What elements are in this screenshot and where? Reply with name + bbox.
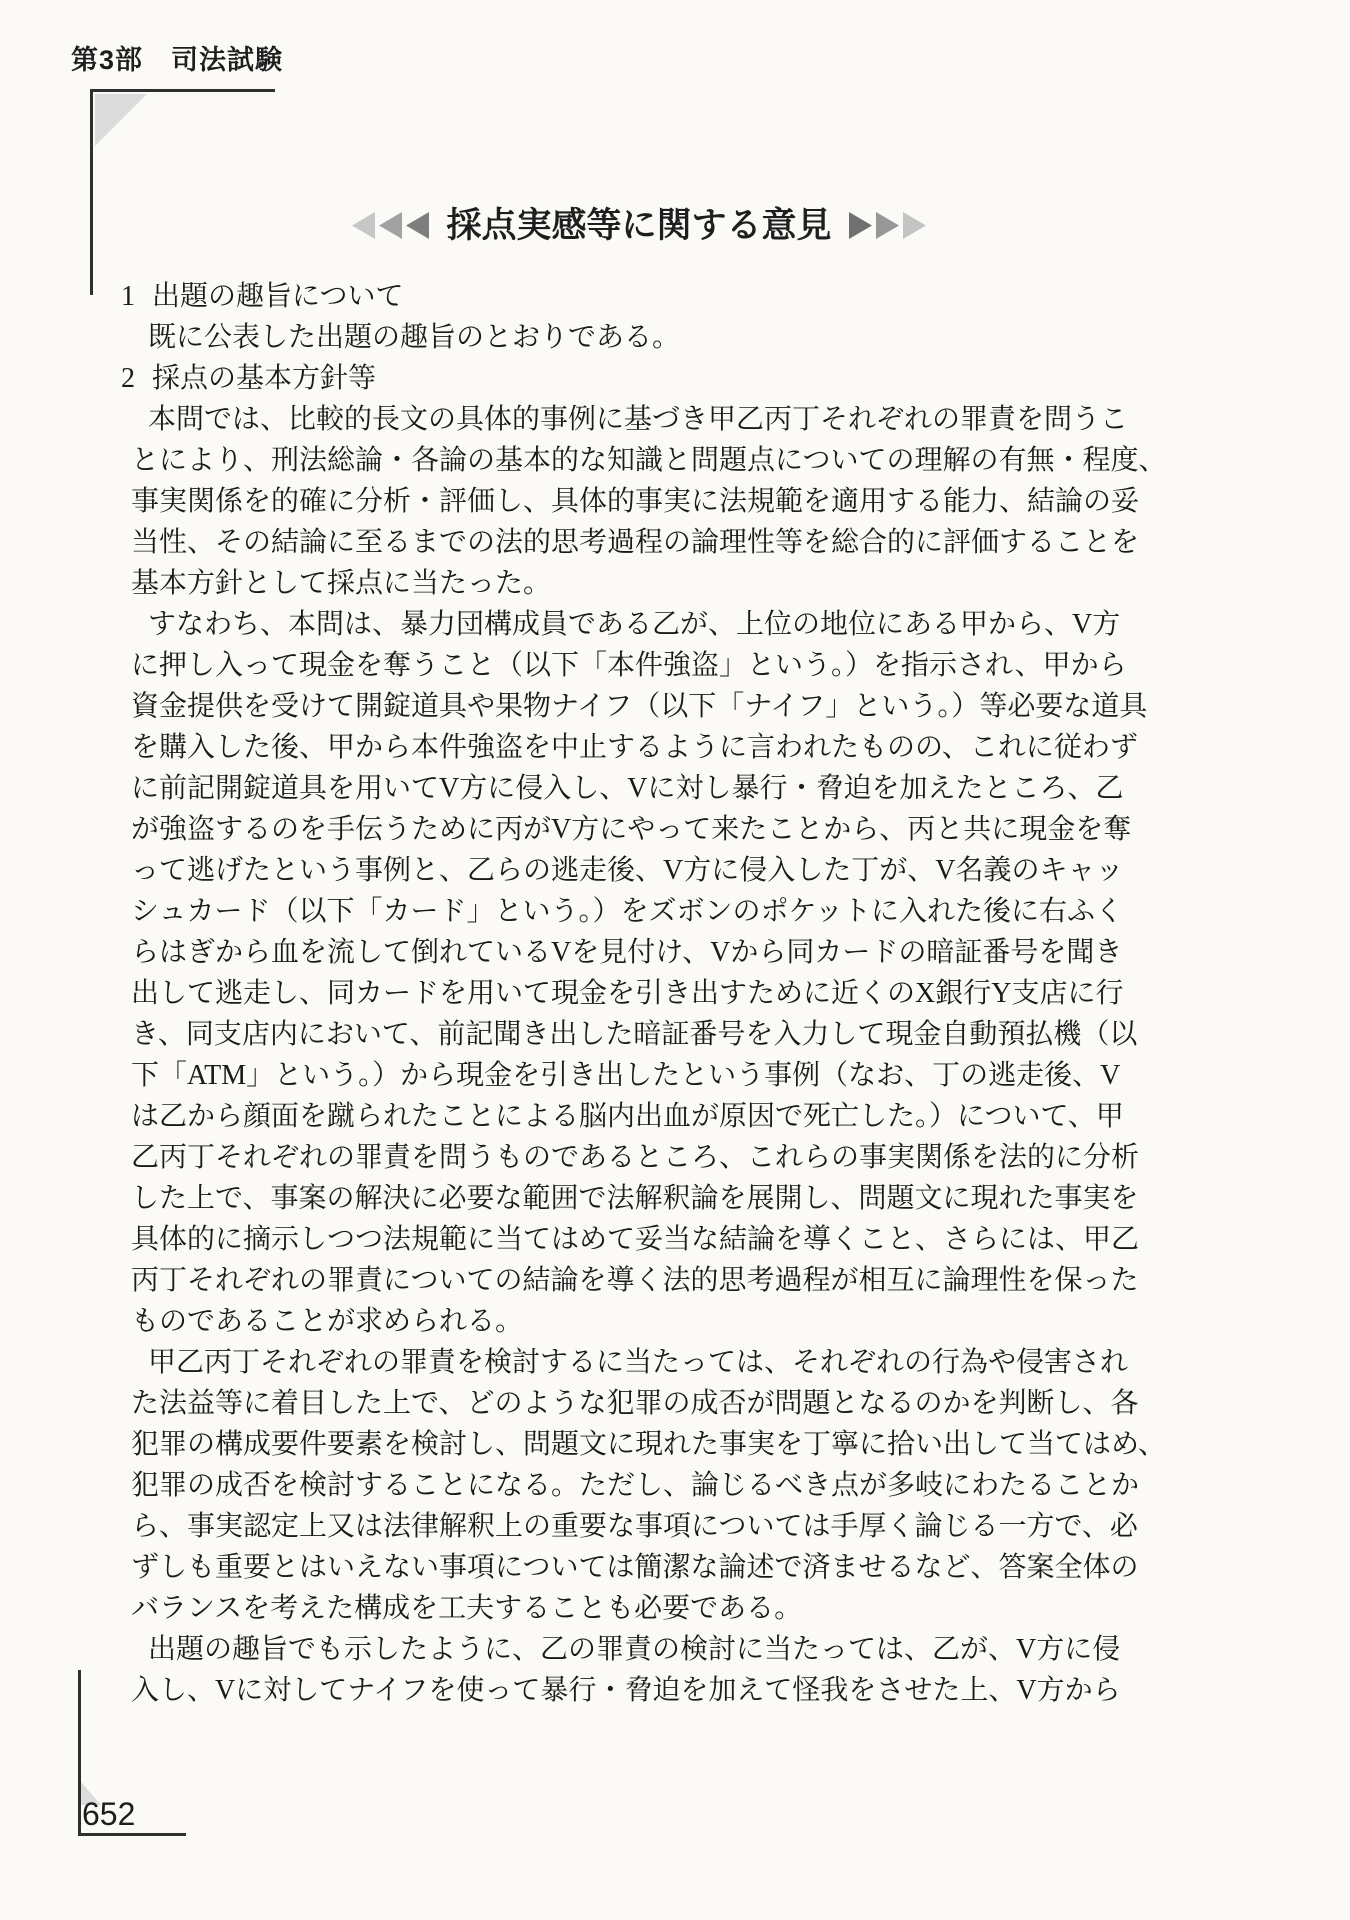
line-text: 犯罪の構成要件要素を検討し、問題文に現れた事実を丁寧に拾い出して当てはめ、 (131, 1429, 1166, 1460)
list-number: 1 (121, 276, 152, 317)
line-text: は乙から顔面を蹴られたことによる脳内出血が原因で死亡した。）について、甲 (131, 1101, 1124, 1132)
line-text: た法益等に着目した上で、どのような犯罪の成否が問題となるのかを判断し、各 (131, 1388, 1138, 1419)
text-line: 犯罪の構成要件要素を検討し、問題文に現れた事実を丁寧に拾い出して当てはめ、 (121, 1424, 1191, 1465)
text-line: き、同支店内において、前記聞き出した暗証番号を入力して現金自動預払機（以 (121, 1014, 1191, 1055)
top-corner-fold-icon (95, 94, 147, 151)
list-number: 2 (121, 358, 152, 399)
line-text: 資金提供を受けて開錠道具や果物ナイフ（以下「ナイフ」という。）等必要な道具 (131, 691, 1147, 722)
line-text: 本問では、比較的長文の具体的事例に基づき甲乙丙丁それぞれの罪責を問うこ (148, 404, 1128, 435)
text-line: 犯罪の成否を検討することになる。ただし、論じるべき点が多岐にわたることか (121, 1465, 1191, 1506)
text-line: 本問では、比較的長文の具体的事例に基づき甲乙丙丁それぞれの罪責を問うこ (121, 399, 1191, 440)
line-text: 出題の趣旨について (152, 281, 403, 312)
line-text: ものであることが求められる。 (131, 1306, 523, 1337)
text-line: 甲乙丙丁それぞれの罪責を検討するに当たっては、それぞれの行為や侵害され (121, 1342, 1191, 1383)
text-line: 事実関係を的確に分析・評価し、具体的事実に法規範を適用する能力、結論の妥 (121, 481, 1191, 522)
text-line: 1出題の趣旨について (121, 276, 1191, 317)
line-text: 採点の基本方針等 (152, 363, 376, 394)
line-text: らはぎから血を流して倒れているVを見付け、Vから同カードの暗証番号を聞き (131, 937, 1122, 968)
text-line: とにより、刑法総論・各論の基本的な知識と問題点についての理解の有無・程度、 (121, 440, 1191, 481)
text-line: した上で、事案の解決に必要な範囲で法解釈論を展開し、問題文に現れた事実を (121, 1178, 1191, 1219)
line-text: って逃げたという事例と、乙らの逃走後、V方に侵入した丁が、V名義のキャッ (131, 855, 1123, 886)
bottom-horizontal-rule (78, 1833, 186, 1836)
text-line: 資金提供を受けて開錠道具や果物ナイフ（以下「ナイフ」という。）等必要な道具 (121, 686, 1191, 727)
chapter-header: 第3部 司法試験 (71, 46, 283, 76)
text-line: 具体的に摘示しつつ法規範に当てはめて妥当な結論を導くこと、さらには、甲乙 (121, 1219, 1191, 1260)
line-text: 甲乙丙丁それぞれの罪責を検討するに当たっては、それぞれの行為や侵害され (148, 1347, 1128, 1378)
line-text: シュカード（以下「カード」という。）をズボンのポケットに入れた後に右ふく (131, 896, 1123, 927)
line-text: ら、事実認定上又は法律解釈上の重要な事項については手厚く論じる一方で、必 (131, 1511, 1138, 1542)
left-triangles-icon (352, 212, 429, 239)
line-text: 乙丙丁それぞれの罪責を問うものであるところ、これらの事実関係を法的に分析 (131, 1142, 1139, 1173)
line-text: に前記開錠道具を用いてV方に侵入し、Vに対し暴行・脅迫を加えたところ、乙 (131, 773, 1123, 804)
text-line: らはぎから血を流して倒れているVを見付け、Vから同カードの暗証番号を聞き (121, 932, 1191, 973)
text-line: 出題の趣旨でも示したように、乙の罪責の検討に当たっては、乙が、V方に侵 (121, 1629, 1191, 1670)
line-text: 入し、Vに対してナイフを使って暴行・脅迫を加えて怪我をさせた上、V方から (131, 1675, 1121, 1706)
text-line: 出して逃走し、同カードを用いて現金を引き出すために近くのX銀行Y支店に行 (121, 973, 1191, 1014)
line-text: 当性、その結論に至るまでの法的思考過程の論理性等を総合的に評価することを (131, 527, 1139, 558)
text-line: に前記開錠道具を用いてV方に侵入し、Vに対し暴行・脅迫を加えたところ、乙 (121, 768, 1191, 809)
text-line: ら、事実認定上又は法律解釈上の重要な事項については手厚く論じる一方で、必 (121, 1506, 1191, 1547)
text-line: ものであることが求められる。 (121, 1301, 1191, 1342)
text-line: た法益等に着目した上で、どのような犯罪の成否が問題となるのかを判断し、各 (121, 1383, 1191, 1424)
line-text: 基本方針として採点に当たった。 (131, 568, 551, 599)
right-triangles-icon (849, 212, 926, 239)
text-line: って逃げたという事例と、乙らの逃走後、V方に侵入した丁が、V名義のキャッ (121, 850, 1191, 891)
text-line: バランスを考えた構成を工夫することも必要である。 (121, 1588, 1191, 1629)
line-text: 事実関係を的確に分析・評価し、具体的事実に法規範を適用する能力、結論の妥 (131, 486, 1139, 517)
text-line: 丙丁それぞれの罪責についての結論を導く法的思考過程が相互に論理性を保った (121, 1260, 1191, 1301)
text-line: 2採点の基本方針等 (121, 358, 1191, 399)
line-text: 出して逃走し、同カードを用いて現金を引き出すために近くのX銀行Y支店に行 (131, 978, 1123, 1009)
line-text: 丙丁それぞれの罪責についての結論を導く法的思考過程が相互に論理性を保った (131, 1265, 1138, 1296)
text-line: 当性、その結論に至るまでの法的思考過程の論理性等を総合的に評価することを (121, 522, 1191, 563)
top-horizontal-rule (90, 89, 275, 92)
line-text: 具体的に摘示しつつ法規範に当てはめて妥当な結論を導くこと、さらには、甲乙 (131, 1224, 1139, 1255)
line-text: 出題の趣旨でも示したように、乙の罪責の検討に当たっては、乙が、V方に侵 (148, 1634, 1120, 1665)
page-title: 採点実感等に関する意見 (446, 204, 831, 248)
line-text: 既に公表した出題の趣旨のとおりである。 (148, 322, 680, 353)
line-text: とにより、刑法総論・各論の基本的な知識と問題点についての理解の有無・程度、 (131, 445, 1166, 476)
text-line: 基本方針として採点に当たった。 (121, 563, 1191, 604)
text-line: が強盗するのを手伝うために丙がV方にやって来たことから、丙と共に現金を奪 (121, 809, 1191, 850)
line-text: 下「ATM」という。）から現金を引き出したという事例（なお、丁の逃走後、V (131, 1060, 1120, 1091)
line-text: 犯罪の成否を検討することになる。ただし、論じるべき点が多岐にわたることか (131, 1470, 1139, 1501)
line-text: が強盗するのを手伝うために丙がV方にやって来たことから、丙と共に現金を奪 (131, 814, 1131, 845)
text-line: 乙丙丁それぞれの罪責を問うものであるところ、これらの事実関係を法的に分析 (121, 1137, 1191, 1178)
text-line: は乙から顔面を蹴られたことによる脳内出血が原因で死亡した。）について、甲 (121, 1096, 1191, 1137)
line-text: に押し入って現金を奪うこと（以下「本件強盗」という。）を指示され、甲から (131, 650, 1127, 681)
line-text: を購入した後、甲から本件強盗を中止するように言われたものの、これに従わず (131, 732, 1138, 763)
section-title-row: 採点実感等に関する意見 (121, 204, 1157, 248)
line-text: ずしも重要とはいえない事項については簡潔な論述で済ませるなど、答案全体の (131, 1552, 1138, 1583)
text-line: シュカード（以下「カード」という。）をズボンのポケットに入れた後に右ふく (121, 891, 1191, 932)
body-text: 1出題の趣旨について既に公表した出題の趣旨のとおりである。2採点の基本方針等本問… (121, 276, 1191, 1711)
text-line: 下「ATM」という。）から現金を引き出したという事例（なお、丁の逃走後、V (121, 1055, 1191, 1096)
page-number: 652 (82, 1797, 135, 1832)
text-line: を購入した後、甲から本件強盗を中止するように言われたものの、これに従わず (121, 727, 1191, 768)
text-line: に押し入って現金を奪うこと（以下「本件強盗」という。）を指示され、甲から (121, 645, 1191, 686)
line-text: き、同支店内において、前記聞き出した暗証番号を入力して現金自動預払機（以 (131, 1019, 1137, 1050)
line-text: すなわち、本問は、暴力団構成員である乙が、上位の地位にある甲から、V方 (148, 609, 1120, 640)
text-line: すなわち、本問は、暴力団構成員である乙が、上位の地位にある甲から、V方 (121, 604, 1191, 645)
text-line: 入し、Vに対してナイフを使って暴行・脅迫を加えて怪我をさせた上、V方から (121, 1670, 1191, 1711)
text-line: ずしも重要とはいえない事項については簡潔な論述で済ませるなど、答案全体の (121, 1547, 1191, 1588)
top-vertical-rule (90, 89, 93, 295)
book-page: 第3部 司法試験 採点実感等に関する意見 1出題の趣旨について既に公表した出題の… (0, 0, 1350, 1920)
line-text: した上で、事案の解決に必要な範囲で法解釈論を展開し、問題文に現れた事実を (131, 1183, 1138, 1214)
text-line: 既に公表した出題の趣旨のとおりである。 (121, 317, 1191, 358)
line-text: バランスを考えた構成を工夫することも必要である。 (131, 1593, 802, 1624)
